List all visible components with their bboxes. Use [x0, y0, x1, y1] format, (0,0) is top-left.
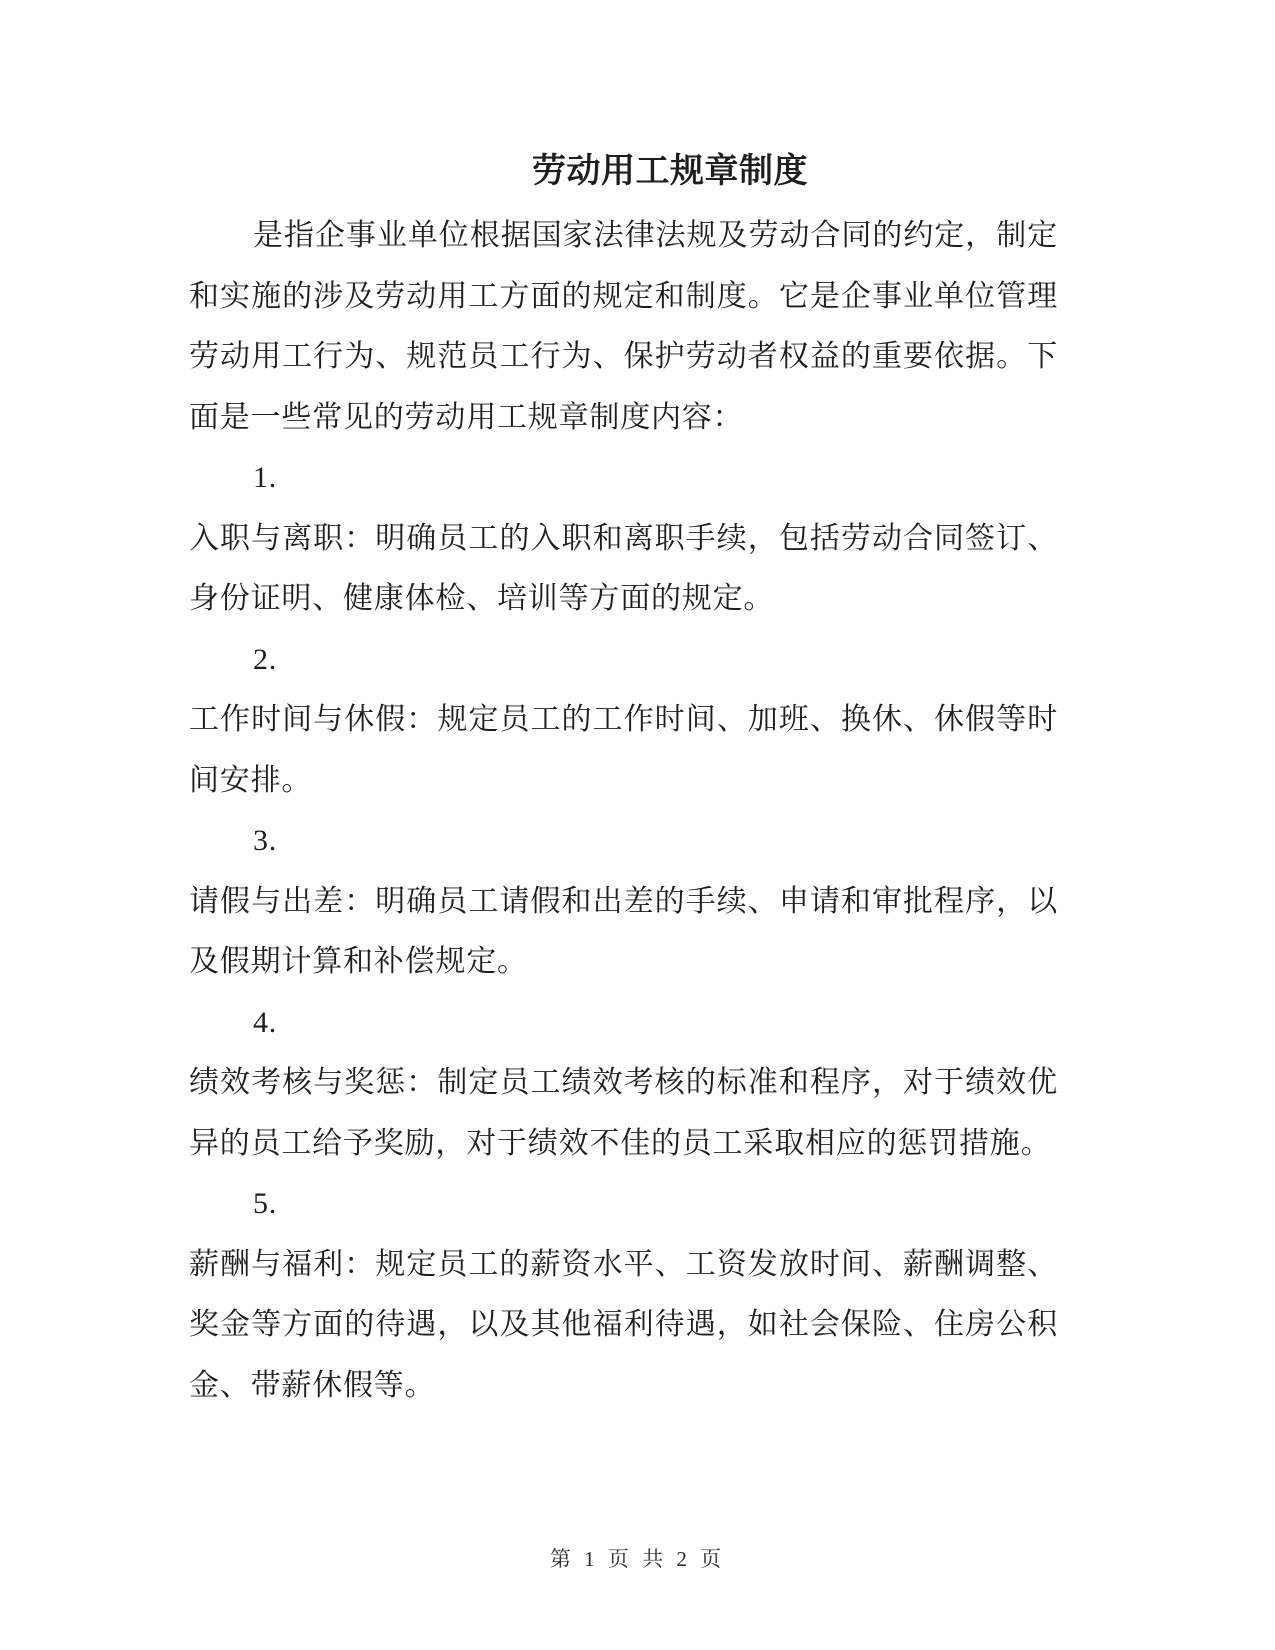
item-5-number: 5.: [189, 1174, 1058, 1235]
item-3-paragraph: 请假与出差：明确员工请假和出差的手续、申请和审批程序，以及假期计算和补偿规定。: [189, 872, 1058, 993]
item-4-paragraph: 绩效考核与奖惩：制定员工绩效考核的标准和程序，对于绩效优异的员工给予奖励，对于绩…: [189, 1053, 1058, 1174]
page-number-footer: 第 1 页 共 2 页: [0, 1543, 1275, 1573]
item-4-number: 4.: [189, 993, 1058, 1054]
item-5-paragraph: 薪酬与福利：规定员工的薪资水平、工资发放时间、薪酬调整、奖金等方面的待遇，以及其…: [189, 1235, 1058, 1417]
document-body: 是指企事业单位根据国家法律法规及劳动合同的约定，制定和实施的涉及劳动用工方面的规…: [189, 206, 1058, 1416]
intro-paragraph: 是指企事业单位根据国家法律法规及劳动合同的约定，制定和实施的涉及劳动用工方面的规…: [189, 206, 1058, 448]
document-page: 劳动用工规章制度 是指企事业单位根据国家法律法规及劳动合同的约定，制定和实施的涉…: [0, 0, 1275, 1416]
item-2-paragraph: 工作时间与休假：规定员工的工作时间、加班、换休、休假等时间安排。: [189, 690, 1058, 811]
item-1-paragraph: 入职与离职：明确员工的入职和离职手续，包括劳动合同签订、身份证明、健康体检、培训…: [189, 509, 1058, 630]
item-3-number: 3.: [189, 811, 1058, 872]
item-2-number: 2.: [189, 630, 1058, 691]
item-1-number: 1.: [189, 448, 1058, 509]
document-title: 劳动用工规章制度: [0, 146, 1275, 198]
